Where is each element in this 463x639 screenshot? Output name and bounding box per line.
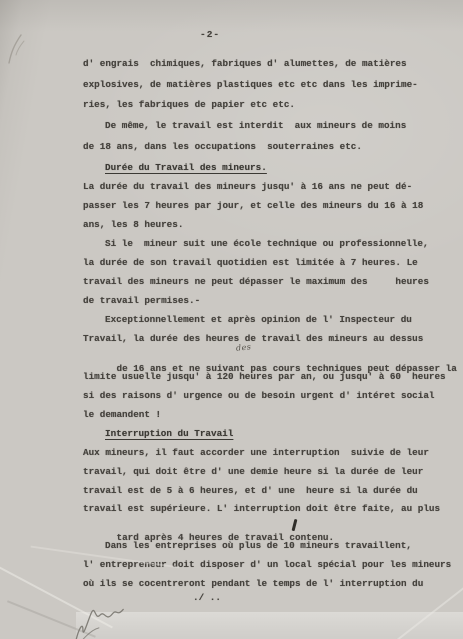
text-line: Dans les entreprises où plus de 10 mineu… [105, 540, 412, 551]
text-line: si des raisons d' urgence ou de besoin u… [83, 390, 434, 401]
text-line: travail est de 5 à 6 heures, et d' une h… [83, 485, 418, 496]
text-line: Exceptionnellement et après opinion de l… [105, 314, 412, 325]
document-page: -2- d' engrais chimiques, fabriques d' a… [0, 0, 463, 639]
pencil-scribble [62, 583, 149, 639]
text-line: travail des mineurs ne peut dépasser le … [83, 276, 429, 287]
text-line: de travail permises.- [83, 295, 200, 306]
text-line: Si le mineur suit une école technique ou… [105, 238, 429, 249]
section-heading: Durée du Travail des mineurs. [105, 162, 267, 173]
text-line: Travail, la durée des heures de travail … [83, 333, 423, 344]
text-line: travail est supérieure. L' interruption … [83, 503, 440, 514]
text-line: le demandent ! [83, 409, 161, 420]
text-line: limite usuelle jusqu' à 120 heures par a… [83, 371, 446, 382]
text-line: passer les 7 heures par jour, et celle d… [83, 200, 423, 211]
text-line: travail, qui doit être d' une demie heur… [83, 466, 423, 477]
text-line: ries, les fabriques de papier etc etc. [83, 99, 295, 110]
text-line: La durée du travail des mineurs jusqu' à… [83, 181, 412, 192]
text-line: d' engrais chimiques, fabriques d' alume… [83, 58, 407, 69]
handwritten-insertion: des [236, 343, 252, 353]
text-line: De même, le travail est interdit aux min… [105, 120, 406, 131]
correction-slash-mark [292, 519, 297, 531]
text-line: explosives, de matières plastiques etc e… [83, 79, 418, 90]
section-heading: Interruption du Travail [105, 428, 233, 439]
text-line: Aux mineurs, il faut accorder une interr… [83, 447, 429, 458]
continuation-mark: ./ .. [193, 592, 221, 603]
text-line: ans, les 8 heures. [83, 219, 183, 230]
corner-pencil-mark [4, 33, 28, 67]
typewritten-text-block: d' engrais chimiques, fabriques d' alume… [83, 0, 463, 639]
text-line: de 18 ans, dans les occupations souterra… [83, 141, 362, 152]
text-line: l' entrepreneur doit disposer d' un loca… [83, 559, 451, 570]
text-line: la durée de son travail quotidien est li… [83, 257, 418, 268]
